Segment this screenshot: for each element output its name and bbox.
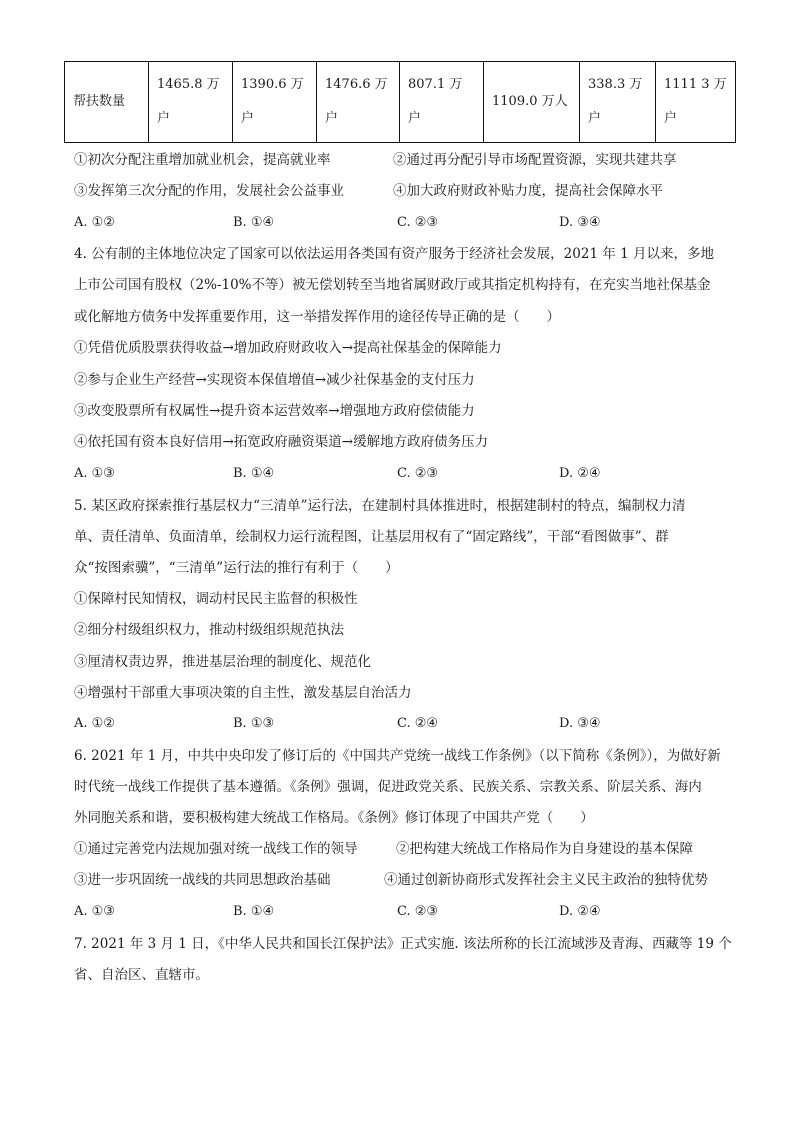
q4-statement-2: ②参与企业生产经营→实现资本保值增值→减少社保基金的支付压力 — [74, 370, 475, 390]
table-cell: 1111 3 万户 — [656, 62, 736, 143]
q4-statement-4: ④依托国有资本良好信用→拓宽政府融资渠道→缓解地方政府债务压力 — [74, 432, 488, 452]
cell-value: 1390.6 万 — [241, 77, 304, 92]
q5-stem-line-3: 众“按图索骥”，“三清单”运行法的推行有利于（ ） — [74, 558, 399, 578]
q3-option-b[interactable]: B. ①④ — [233, 213, 274, 233]
cell-unit: 户 — [241, 111, 254, 126]
table-row: 帮扶数量 1465.8 万户 1390.6 万户 1476.6 万户 807.1… — [65, 62, 736, 143]
table-cell: 1465.8 万户 — [149, 62, 233, 143]
q6-stem-line-2: 时代统一战线工作提供了基本遵循。《条例》强调，促进政党关系、民族关系、宗教关系、… — [74, 777, 702, 797]
q6-stem-line-3: 外同胞关系和谐，要积极构建大统战工作格局。《条例》修订体现了中国共产党（ ） — [74, 808, 594, 828]
q6-statement-4: ④通过创新协商形式发挥社会主义民主政治的独特优势 — [384, 870, 708, 890]
q6-statement-3: ③进一步巩固统一战线的共同思想政治基础 — [74, 870, 331, 890]
q4-statement-3: ③改变股票所有权属性→提升资本运营效率→增强地方政府偿债能力 — [74, 401, 475, 421]
table-cell: 807.1 万户 — [400, 62, 484, 143]
q4-option-c[interactable]: C. ②③ — [397, 464, 438, 484]
q5-statement-4: ④增强村干部重大事项决策的自主性，激发基层自治活力 — [74, 683, 412, 703]
q6-stem-line-1: 6. 2021 年 1 月，中共中央印发了修订后的《中国共产党统一战线工作条例》… — [74, 746, 721, 766]
q7-stem-line-1: 7. 2021 年 3 月 1 日，《中华人民共和国长江保护法》正式实施. 该法… — [74, 934, 732, 954]
q3-option-a[interactable]: A. ①② — [74, 213, 115, 233]
q3-option-c[interactable]: C. ②③ — [397, 213, 438, 233]
q3-statement-1: ①初次分配注重增加就业机会，提高就业率 — [74, 150, 331, 170]
q5-statement-2: ②细分村级组织权力，推动村级组织规范执法 — [74, 620, 344, 640]
q5-statement-1: ①保障村民知情权，调动村民民主监督的积极性 — [74, 589, 358, 609]
row-label: 帮扶数量 — [73, 94, 125, 109]
cell-value: 1465.8 万 — [157, 77, 220, 92]
cell-value: 1111 3 万 — [664, 77, 727, 92]
q5-stem-line-2: 单、责任清单、负面清单，绘制权力运行流程图，让基层用权有了“固定路线”，干部“看… — [74, 527, 669, 547]
q4-stem-line-3: 或化解地方债务中发挥重要作用，这一举措发挥作用的途径传导正确的是（ ） — [74, 307, 560, 327]
row-label-cell: 帮扶数量 — [65, 62, 149, 143]
q4-option-d[interactable]: D. ②④ — [559, 464, 601, 484]
q6-option-d[interactable]: D. ②④ — [559, 902, 601, 922]
q6-option-c[interactable]: C. ②③ — [397, 902, 438, 922]
q3-statement-3: ③发挥第三次分配的作用，发展社会公益事业 — [74, 181, 344, 201]
q3-option-d[interactable]: D. ③④ — [559, 213, 601, 233]
cell-value: 338.3 万 — [588, 77, 642, 92]
q4-statement-1: ①凭借优质股票获得收益→增加政府财政收入→提高社保基金的保障能力 — [74, 338, 502, 358]
cell-value: 1476.6 万 — [325, 77, 388, 92]
cell-value: 807.1 万户 — [408, 77, 462, 126]
q5-stem-line-1: 5. 某区政府探索推行基层权力“三清单”运行法，在建制村具体推进时，根据建制村的… — [74, 496, 685, 516]
cell-unit: 户 — [588, 111, 601, 126]
cell-unit: 户 — [664, 111, 677, 126]
q6-option-b[interactable]: B. ①④ — [233, 902, 274, 922]
table-cell: 1476.6 万户 — [317, 62, 400, 143]
q6-statement-1: ①通过完善党内法规加强对统一战线工作的领导 — [74, 839, 358, 859]
cell-value: 1109.0 万人 — [492, 94, 568, 109]
q5-option-a[interactable]: A. ①② — [74, 714, 115, 734]
table-cell: 338.3 万户 — [580, 62, 656, 143]
cell-unit: 户 — [325, 111, 338, 126]
table-cell: 1390.6 万户 — [233, 62, 317, 143]
table-cell: 1109.0 万人 — [484, 62, 580, 143]
q5-statement-3: ③厘清权责边界，推进基层治理的制度化、规范化 — [74, 652, 371, 672]
q4-option-a[interactable]: A. ①③ — [74, 464, 115, 484]
q6-option-a[interactable]: A. ①③ — [74, 902, 115, 922]
q5-option-c[interactable]: C. ②④ — [397, 714, 438, 734]
q5-option-d[interactable]: D. ③④ — [559, 714, 601, 734]
q4-stem-line-2: 上市公司国有股权（2%-10%不等）被无偿划转至当地省属财政厅或其指定机构持有，… — [74, 275, 710, 295]
q4-stem-line-1: 4. 公有制的主体地位决定了国家可以依法运用各类国有资产服务于经济社会发展，20… — [74, 244, 714, 264]
q6-statement-2: ②把构建大统战工作格局作为自身建设的基本保障 — [396, 839, 693, 859]
q7-stem-line-2: 省、自治区、直辖市。 — [74, 965, 209, 985]
q5-option-b[interactable]: B. ①③ — [233, 714, 274, 734]
q4-option-b[interactable]: B. ①④ — [233, 464, 274, 484]
exam-page: 帮扶数量 1465.8 万户 1390.6 万户 1476.6 万户 807.1… — [0, 0, 793, 1122]
q3-statement-2: ②通过再分配引导市场配置资源，实现共建共享 — [393, 150, 677, 170]
q3-statement-4: ④加大政府财政补贴力度，提高社会保障水平 — [393, 181, 663, 201]
poverty-aid-table: 帮扶数量 1465.8 万户 1390.6 万户 1476.6 万户 807.1… — [64, 61, 736, 143]
cell-unit: 户 — [157, 111, 170, 126]
